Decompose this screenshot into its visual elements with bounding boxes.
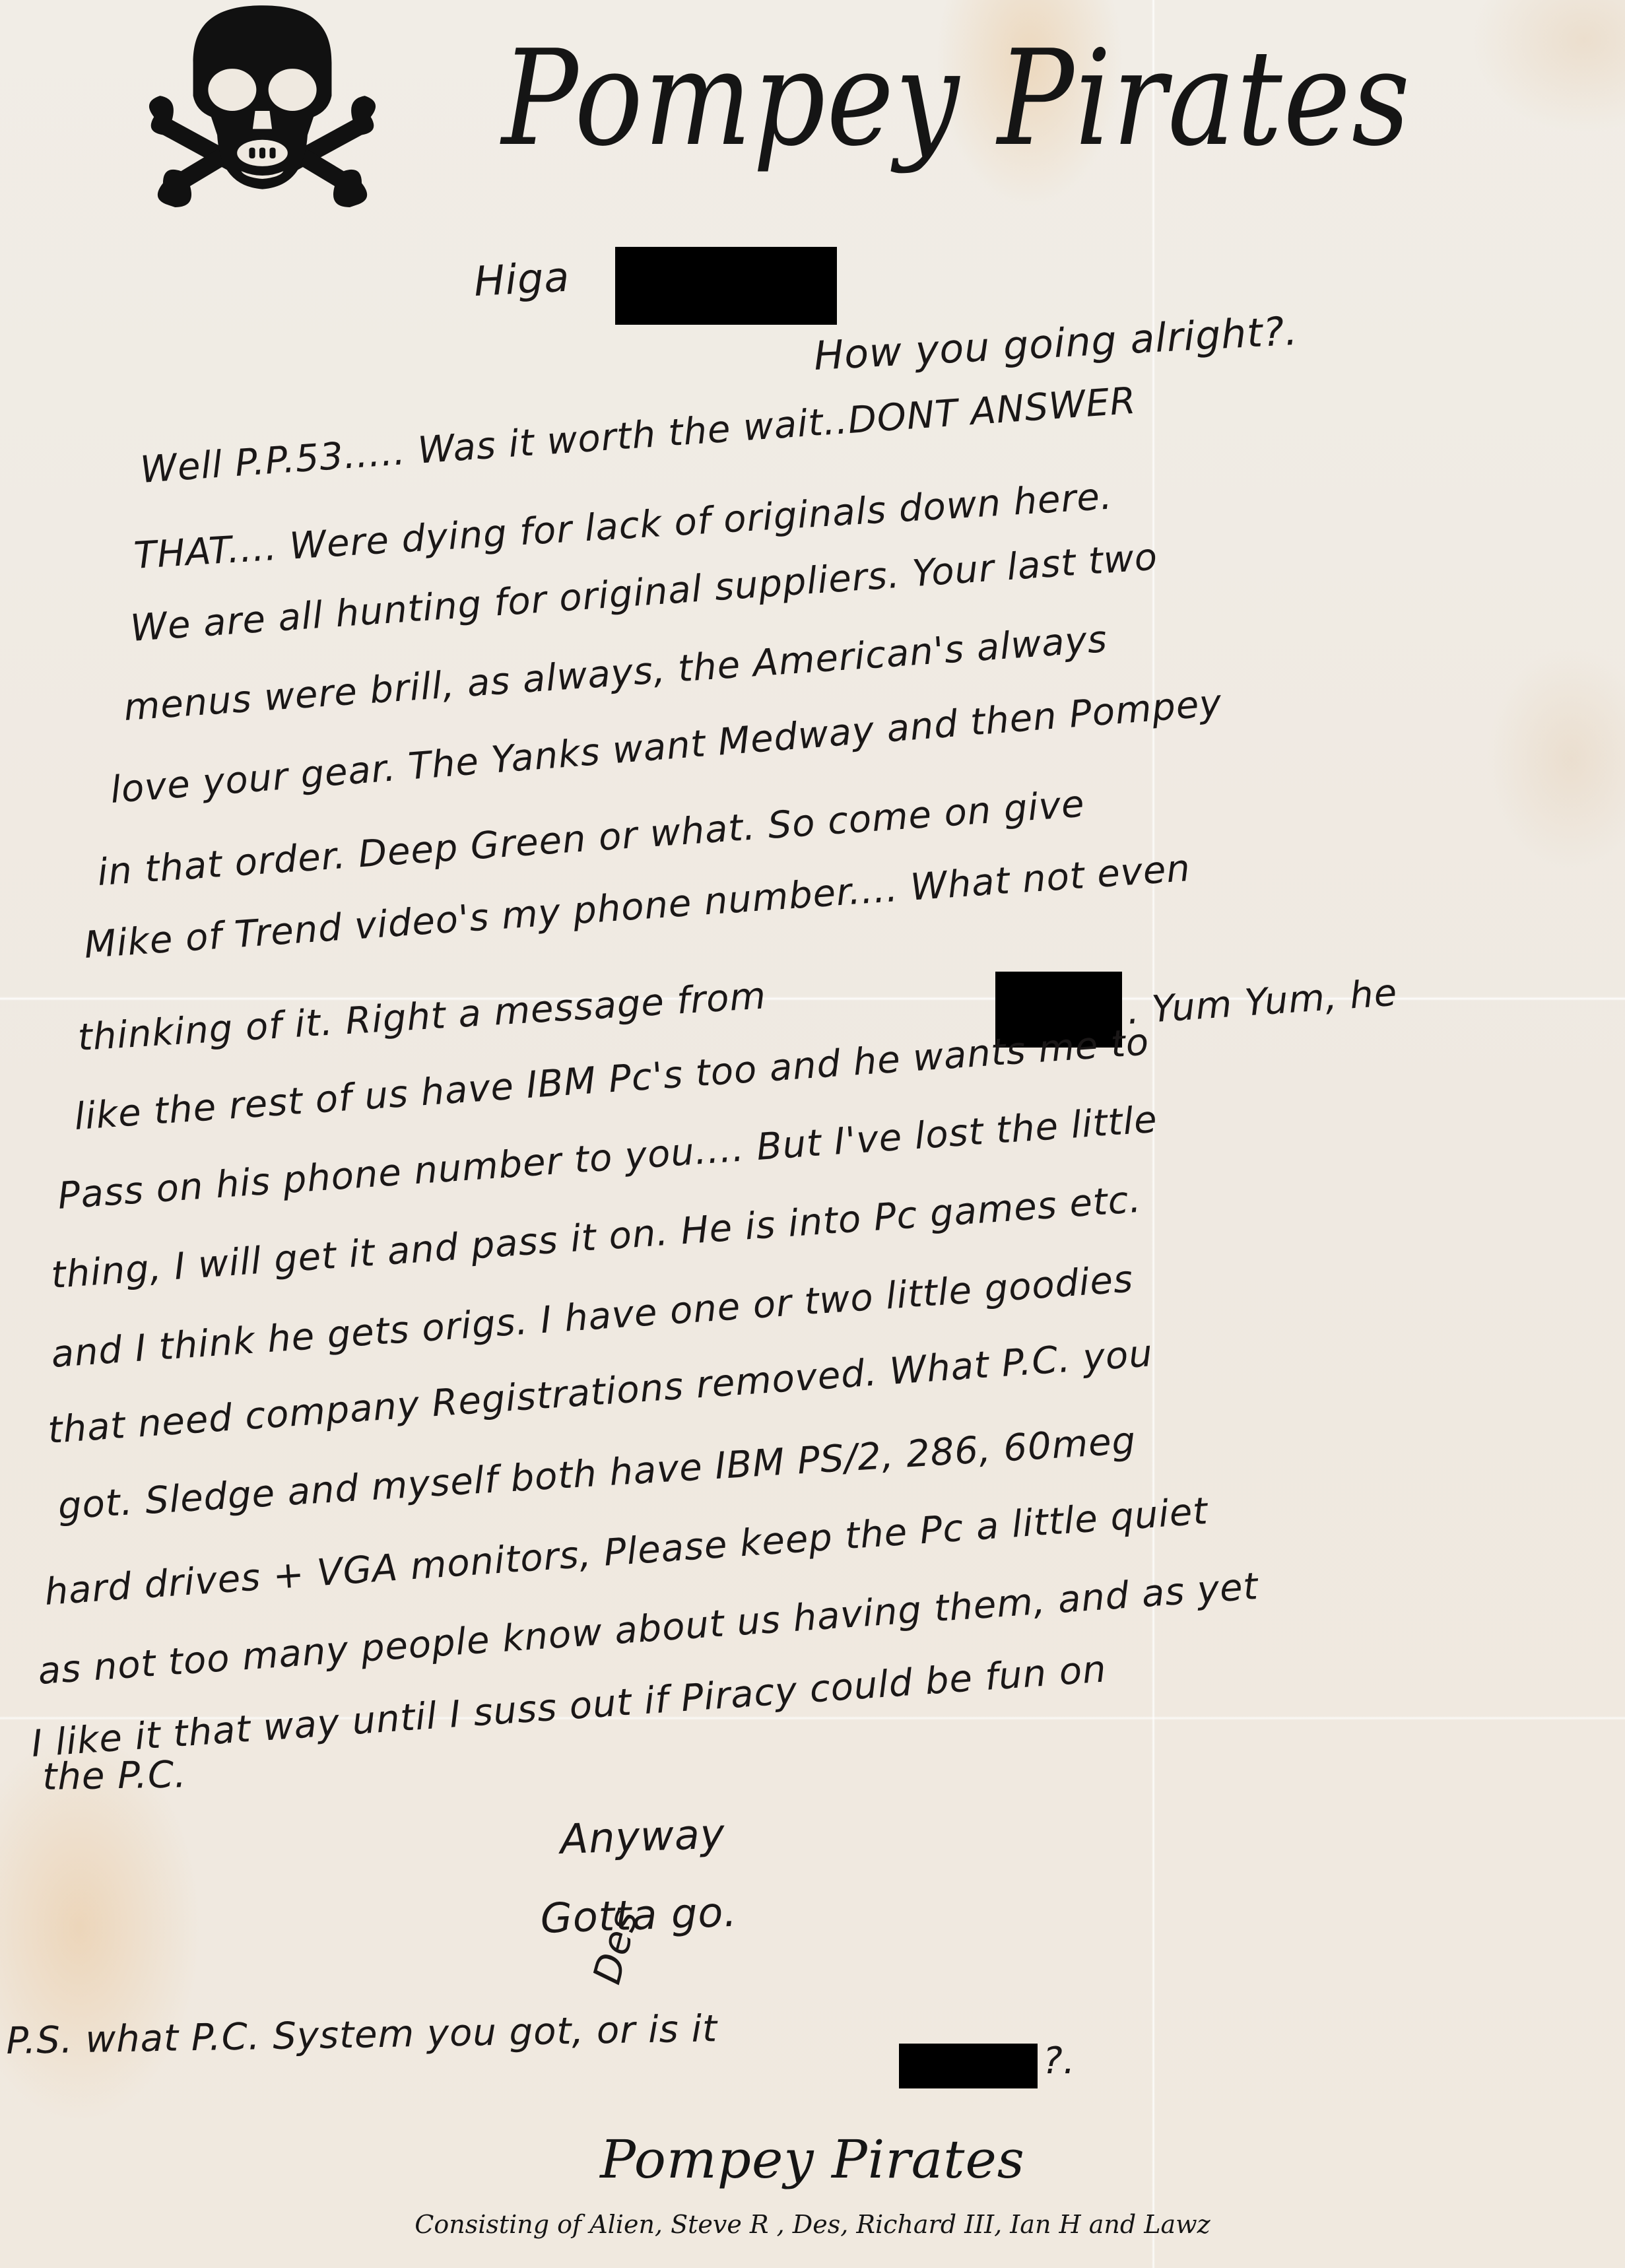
postscript: P.S. what P.C. System you got, or is it <box>6 2007 718 2063</box>
redacted-recipient-name <box>615 247 837 325</box>
opening-line: How you going alright?. <box>812 308 1299 380</box>
body-line-8-end: . Yum Yum, he <box>1125 972 1399 1033</box>
footer-members: Consisting of Alien, Steve R , Des, Rich… <box>0 2210 1625 2239</box>
letter-page: Pompey Pirates Higa How you going alrigh… <box>0 0 1625 2268</box>
skull-and-crossbones-icon <box>142 0 383 228</box>
postscript-end: ?. <box>1043 2040 1076 2083</box>
body-line-8: thinking of it. Right a message from <box>77 974 768 1059</box>
letterhead-title: Pompey Pirates <box>502 33 1411 165</box>
body-line-1: Well P.P.53..... Was it worth the wait..… <box>139 380 1137 492</box>
redacted-system-name <box>899 2044 1038 2088</box>
footer-title: Pompey Pirates <box>0 2129 1625 2190</box>
greeting: Higa <box>473 253 571 306</box>
closing-anyway: Anyway <box>559 1809 725 1863</box>
body-line-18: the P.C. <box>42 1753 187 1799</box>
